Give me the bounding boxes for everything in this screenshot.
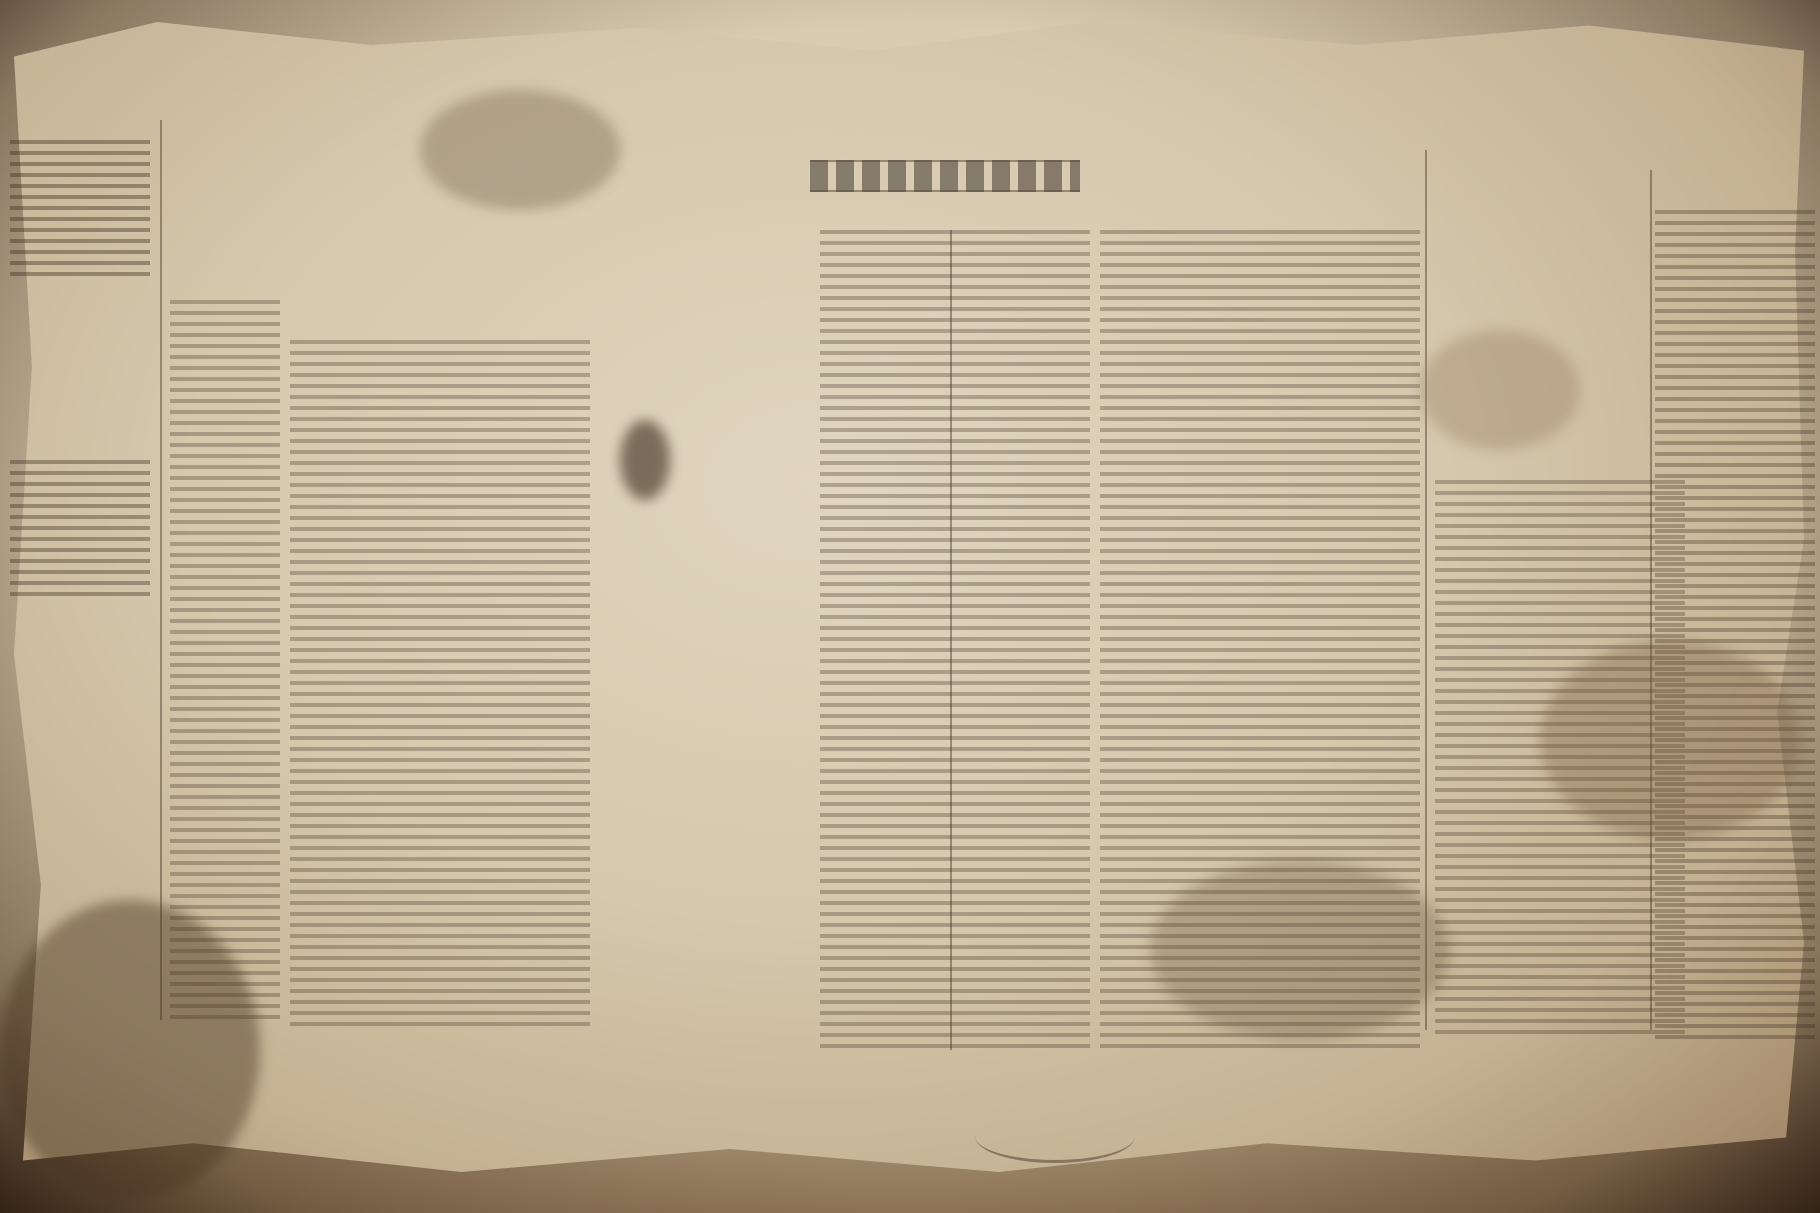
stain xyxy=(620,420,670,500)
column-divider xyxy=(1650,170,1652,1030)
column-divider xyxy=(160,120,162,1020)
text-column xyxy=(10,460,150,600)
stain xyxy=(0,900,260,1200)
column-divider xyxy=(950,230,952,1050)
text-column xyxy=(10,140,150,280)
stain xyxy=(1540,640,1800,840)
footer-flourish xyxy=(975,1110,1135,1163)
column-divider xyxy=(1425,150,1427,1030)
text-column xyxy=(290,340,590,1030)
text-column xyxy=(820,230,1090,1050)
masthead-ornament xyxy=(810,160,1080,192)
stain xyxy=(420,90,620,210)
stain xyxy=(1150,860,1450,1040)
text-column xyxy=(170,300,280,1020)
vintage-newspaper-image: Vintage grunge newspaper texture backgro… xyxy=(0,0,1820,1213)
text-column xyxy=(1655,210,1815,1040)
stain xyxy=(1420,330,1580,450)
